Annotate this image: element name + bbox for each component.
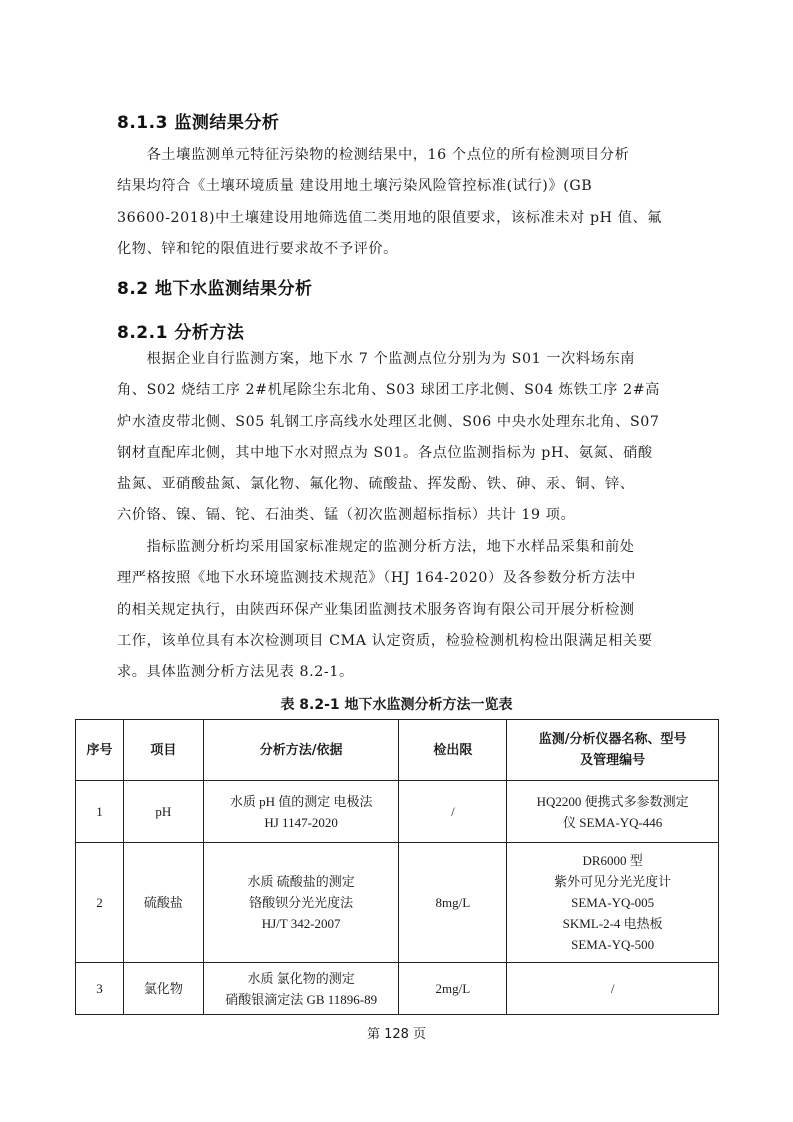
text-line: 求。具体监测分析方法见表 8.2-1。 — [117, 657, 677, 688]
heading-8-2: 8.2 地下水监测结果分析 — [117, 274, 313, 299]
cell-method: 水质 pH 值的测定 电极法 HJ 1147-2020 — [203, 781, 399, 843]
cell-no: 1 — [76, 781, 124, 843]
page-number: 第 128 页 — [0, 1023, 793, 1042]
document-page: 8.1.3 监测结果分析 各土壤监测单元特征污染物的检测结果中，16 个点位的所… — [0, 0, 793, 1122]
method-line: 硝酸银滴定法 GB 11896-89 — [208, 989, 395, 1010]
instrument-line: / — [511, 978, 714, 999]
cell-instrument: / — [507, 963, 719, 1015]
header-instrument: 监测/分析仪器名称、型号 及管理编号 — [507, 720, 719, 781]
cell-method: 水质 硫酸盐的测定 铬酸钡分光光度法 HJ/T 342-2007 — [203, 843, 399, 963]
text-line: 指标监测分析均采用国家标准规定的监测分析方法，地下水样品采集和前处 — [117, 532, 677, 563]
cell-limit: 8mg/L — [399, 843, 507, 963]
method-line: 铬酸钡分光光度法 — [208, 892, 395, 913]
cell-no: 3 — [76, 963, 124, 1015]
instrument-line: SKML-2-4 电热板 — [511, 913, 714, 934]
cell-no: 2 — [76, 843, 124, 963]
instrument-line: SEMA-YQ-500 — [511, 934, 714, 955]
text-line: 理严格按照《地下水环境监测技术规范》（HJ 164-2020）及各参数分析方法中 — [117, 563, 677, 594]
text-line: 工作，该单位具有本次检测项目 CMA 认定资质，检验检测机构检出限满足相关要 — [117, 626, 677, 657]
cell-item: 氯化物 — [123, 963, 203, 1015]
text-line: 钢材直配库北侧，其中地下水对照点为 S01。各点位监测指标为 pH、氨氮、硝酸 — [117, 438, 677, 469]
text-line: 根据企业自行监测方案，地下水 7 个监测点位分别为为 S01 一次料场东南 — [117, 344, 677, 375]
header-limit: 检出限 — [399, 720, 507, 781]
instrument-line: DR6000 型 — [511, 850, 714, 871]
instrument-line: HQ2200 便携式多参数测定 — [511, 791, 714, 812]
text-line: 六价铬、镍、镉、铊、石油类、锰（初次监测超标指标）共计 19 项。 — [117, 500, 677, 531]
paragraph-soil-results: 各土壤监测单元特征污染物的检测结果中，16 个点位的所有检测项目分析 结果均符合… — [117, 140, 677, 265]
cell-limit: 2mg/L — [399, 963, 507, 1015]
text-line: 的相关规定执行，由陕西环保产业集团监测技术服务咨询有限公司开展分析检测 — [117, 595, 677, 626]
text-line: 结果均符合《土壤环境质量 建设用地土壤污染风险管控标准(试行)》(GB — [117, 171, 677, 202]
text-line: 各土壤监测单元特征污染物的检测结果中，16 个点位的所有检测项目分析 — [117, 140, 677, 171]
cell-instrument: DR6000 型 紫外可见分光光度计 SEMA-YQ-005 SKML-2-4 … — [507, 843, 719, 963]
method-line: 水质 pH 值的测定 电极法 — [208, 791, 395, 812]
paragraph-monitoring-points: 根据企业自行监测方案，地下水 7 个监测点位分别为为 S01 一次料场东南 角、… — [117, 344, 677, 532]
header-instrument-line2: 及管理编号 — [511, 750, 714, 771]
text-line: 角、S02 烧结工序 2#机尾除尘东北角、S03 球团工序北侧、S04 炼铁工序… — [117, 375, 677, 406]
instrument-line: 紫外可见分光光度计 — [511, 871, 714, 892]
table-row: 3 氯化物 水质 氯化物的测定 硝酸银滴定法 GB 11896-89 2mg/L… — [76, 963, 719, 1015]
heading-8-1-3: 8.1.3 监测结果分析 — [117, 108, 279, 133]
table-header-row: 序号 项目 分析方法/依据 检出限 监测/分析仪器名称、型号 及管理编号 — [76, 720, 719, 781]
text-line: 盐氮、亚硝酸盐氮、氯化物、氟化物、硫酸盐、挥发酚、铁、砷、汞、铜、锌、 — [117, 469, 677, 500]
cell-item: pH — [123, 781, 203, 843]
method-line: HJ/T 342-2007 — [208, 913, 395, 934]
table-caption: 表 8.2-1 地下水监测分析方法一览表 — [0, 694, 793, 714]
cell-item: 硫酸盐 — [123, 843, 203, 963]
text-line: 36600-2018)中土壤建设用地筛选值二类用地的限值要求，该标准未对 pH … — [117, 203, 677, 234]
cell-limit: / — [399, 781, 507, 843]
method-line: 水质 氯化物的测定 — [208, 968, 395, 989]
header-no: 序号 — [76, 720, 124, 781]
cell-instrument: HQ2200 便携式多参数测定 仪 SEMA-YQ-446 — [507, 781, 719, 843]
cell-method: 水质 氯化物的测定 硝酸银滴定法 GB 11896-89 — [203, 963, 399, 1015]
method-line: 水质 硫酸盐的测定 — [208, 871, 395, 892]
methods-table: 序号 项目 分析方法/依据 检出限 监测/分析仪器名称、型号 及管理编号 1 p… — [75, 719, 719, 1015]
method-line: HJ 1147-2020 — [208, 812, 395, 833]
text-line: 炉水渣皮带北侧、S05 轧钢工序高线水处理区北侧、S06 中央水处理东北角、S0… — [117, 407, 677, 438]
table-row: 1 pH 水质 pH 值的测定 电极法 HJ 1147-2020 / HQ220… — [76, 781, 719, 843]
table-row: 2 硫酸盐 水质 硫酸盐的测定 铬酸钡分光光度法 HJ/T 342-2007 8… — [76, 843, 719, 963]
instrument-line: 仪 SEMA-YQ-446 — [511, 812, 714, 833]
paragraph-analysis-methods: 指标监测分析均采用国家标准规定的监测分析方法，地下水样品采集和前处 理严格按照《… — [117, 532, 677, 688]
heading-8-2-1: 8.2.1 分析方法 — [117, 318, 244, 343]
header-instrument-line1: 监测/分析仪器名称、型号 — [511, 729, 714, 750]
text-line: 化物、锌和铊的限值进行要求故不予评价。 — [117, 234, 677, 265]
header-item: 项目 — [123, 720, 203, 781]
header-method: 分析方法/依据 — [203, 720, 399, 781]
instrument-line: SEMA-YQ-005 — [511, 892, 714, 913]
